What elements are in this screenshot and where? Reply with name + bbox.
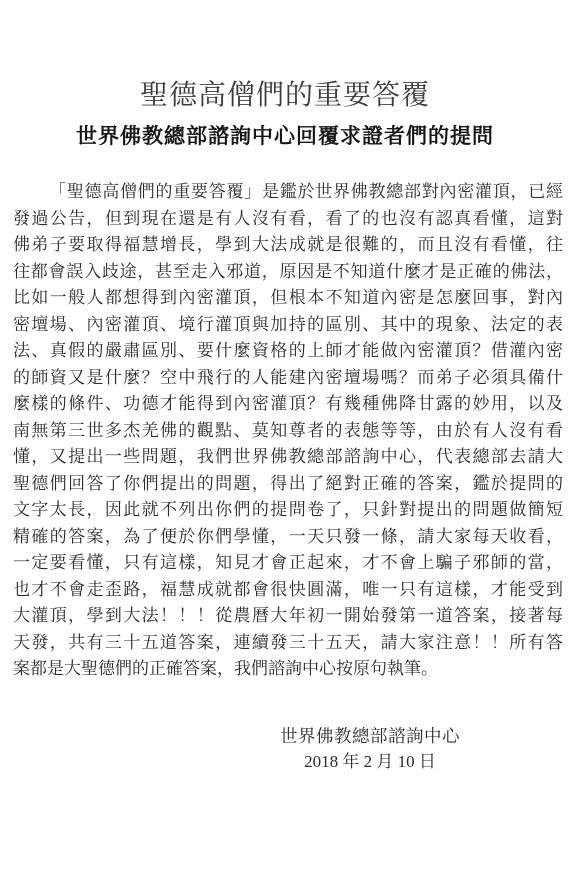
body-line: 聖德們回答了你們提出的問題，得出了絕對正確的答案，鑑於提問的 — [13, 471, 563, 498]
body-line: 也才不會走歪路，福慧成就都會很快圓滿，唯一只有這樣，才能受到 — [13, 577, 563, 604]
signature-date: 2018 年 2 月 10 日 — [240, 749, 500, 775]
body-line: 一定要看懂，只有這樣，知見才會正起來，才不會上騙子邪師的當， — [13, 550, 563, 577]
body-line: 精確的答案，為了便於你們學懂，一天只發一條，請大家每天收看， — [13, 524, 563, 551]
document-title: 聖德高僧們的重要答覆 — [0, 80, 570, 112]
body-line: 密壇場、內密灌頂、境行灌頂與加持的區別、其中的現象、法定的表 — [13, 312, 563, 339]
body-line: 發過公告，但到現在還是有人沒有看，看了的也沒有認真看懂，這對 — [13, 206, 563, 233]
body-line: 往都會誤入歧途，甚至走入邪道，原因是不知道什麼才是正確的佛法， — [13, 259, 563, 286]
body-line: 麼樣的條件、功德才能得到內密灌頂？有幾種佛降甘露的妙用，以及 — [13, 391, 563, 418]
body-line: 南無第三世多杰羌佛的觀點、莫知尊者的表態等等，由於有人沒有看 — [13, 418, 563, 445]
body-line: 懂，又提出一些問題，我們世界佛教總部諮詢中心，代表總部去請大 — [13, 444, 563, 471]
body-line: 案都是大聖德們的正確答案，我們諮詢中心按原句執筆。 — [13, 656, 563, 683]
document-body: 「聖德高僧們的重要答覆」是鑑於世界佛教總部對內密灌頂，已經發過公告，但到現在還是… — [13, 179, 563, 683]
body-line: 文字太長，因此就不列出你們的提問卷了，只針對提出的問題做簡短 — [13, 497, 563, 524]
document-subtitle: 世界佛教總部諮詢中心回覆求證者們的提問 — [0, 123, 570, 149]
body-line: 「聖德高僧們的重要答覆」是鑑於世界佛教總部對內密灌頂，已經 — [13, 179, 563, 206]
body-line: 天發，共有三十五道答案，連續發三十五天，請大家注意！！所有答 — [13, 630, 563, 657]
body-line: 佛弟子要取得福慧增長，學到大法成就是很難的，而且沒有看懂，往 — [13, 232, 563, 259]
document-page: 聖德高僧們的重要答覆 世界佛教總部諮詢中心回覆求證者們的提問 「聖德高僧們的重要… — [0, 0, 570, 869]
body-line: 比如一般人都想得到內密灌頂，但根本不知道內密是怎麼回事，對內 — [13, 285, 563, 312]
body-line: 的師資又是什麼？空中飛行的人能建內密壇場嗎？而弟子必須具備什 — [13, 365, 563, 392]
signature-block: 世界佛教總部諮詢中心 2018 年 2 月 10 日 — [240, 723, 500, 775]
body-line: 法、真假的嚴肅區別、要什麼資格的上師才能做內密灌頂？借灌內密 — [13, 338, 563, 365]
signature-organization: 世界佛教總部諮詢中心 — [240, 723, 500, 749]
body-line: 大灌頂，學到大法！！！從農曆大年初一開始發第一道答案，接著每 — [13, 603, 563, 630]
